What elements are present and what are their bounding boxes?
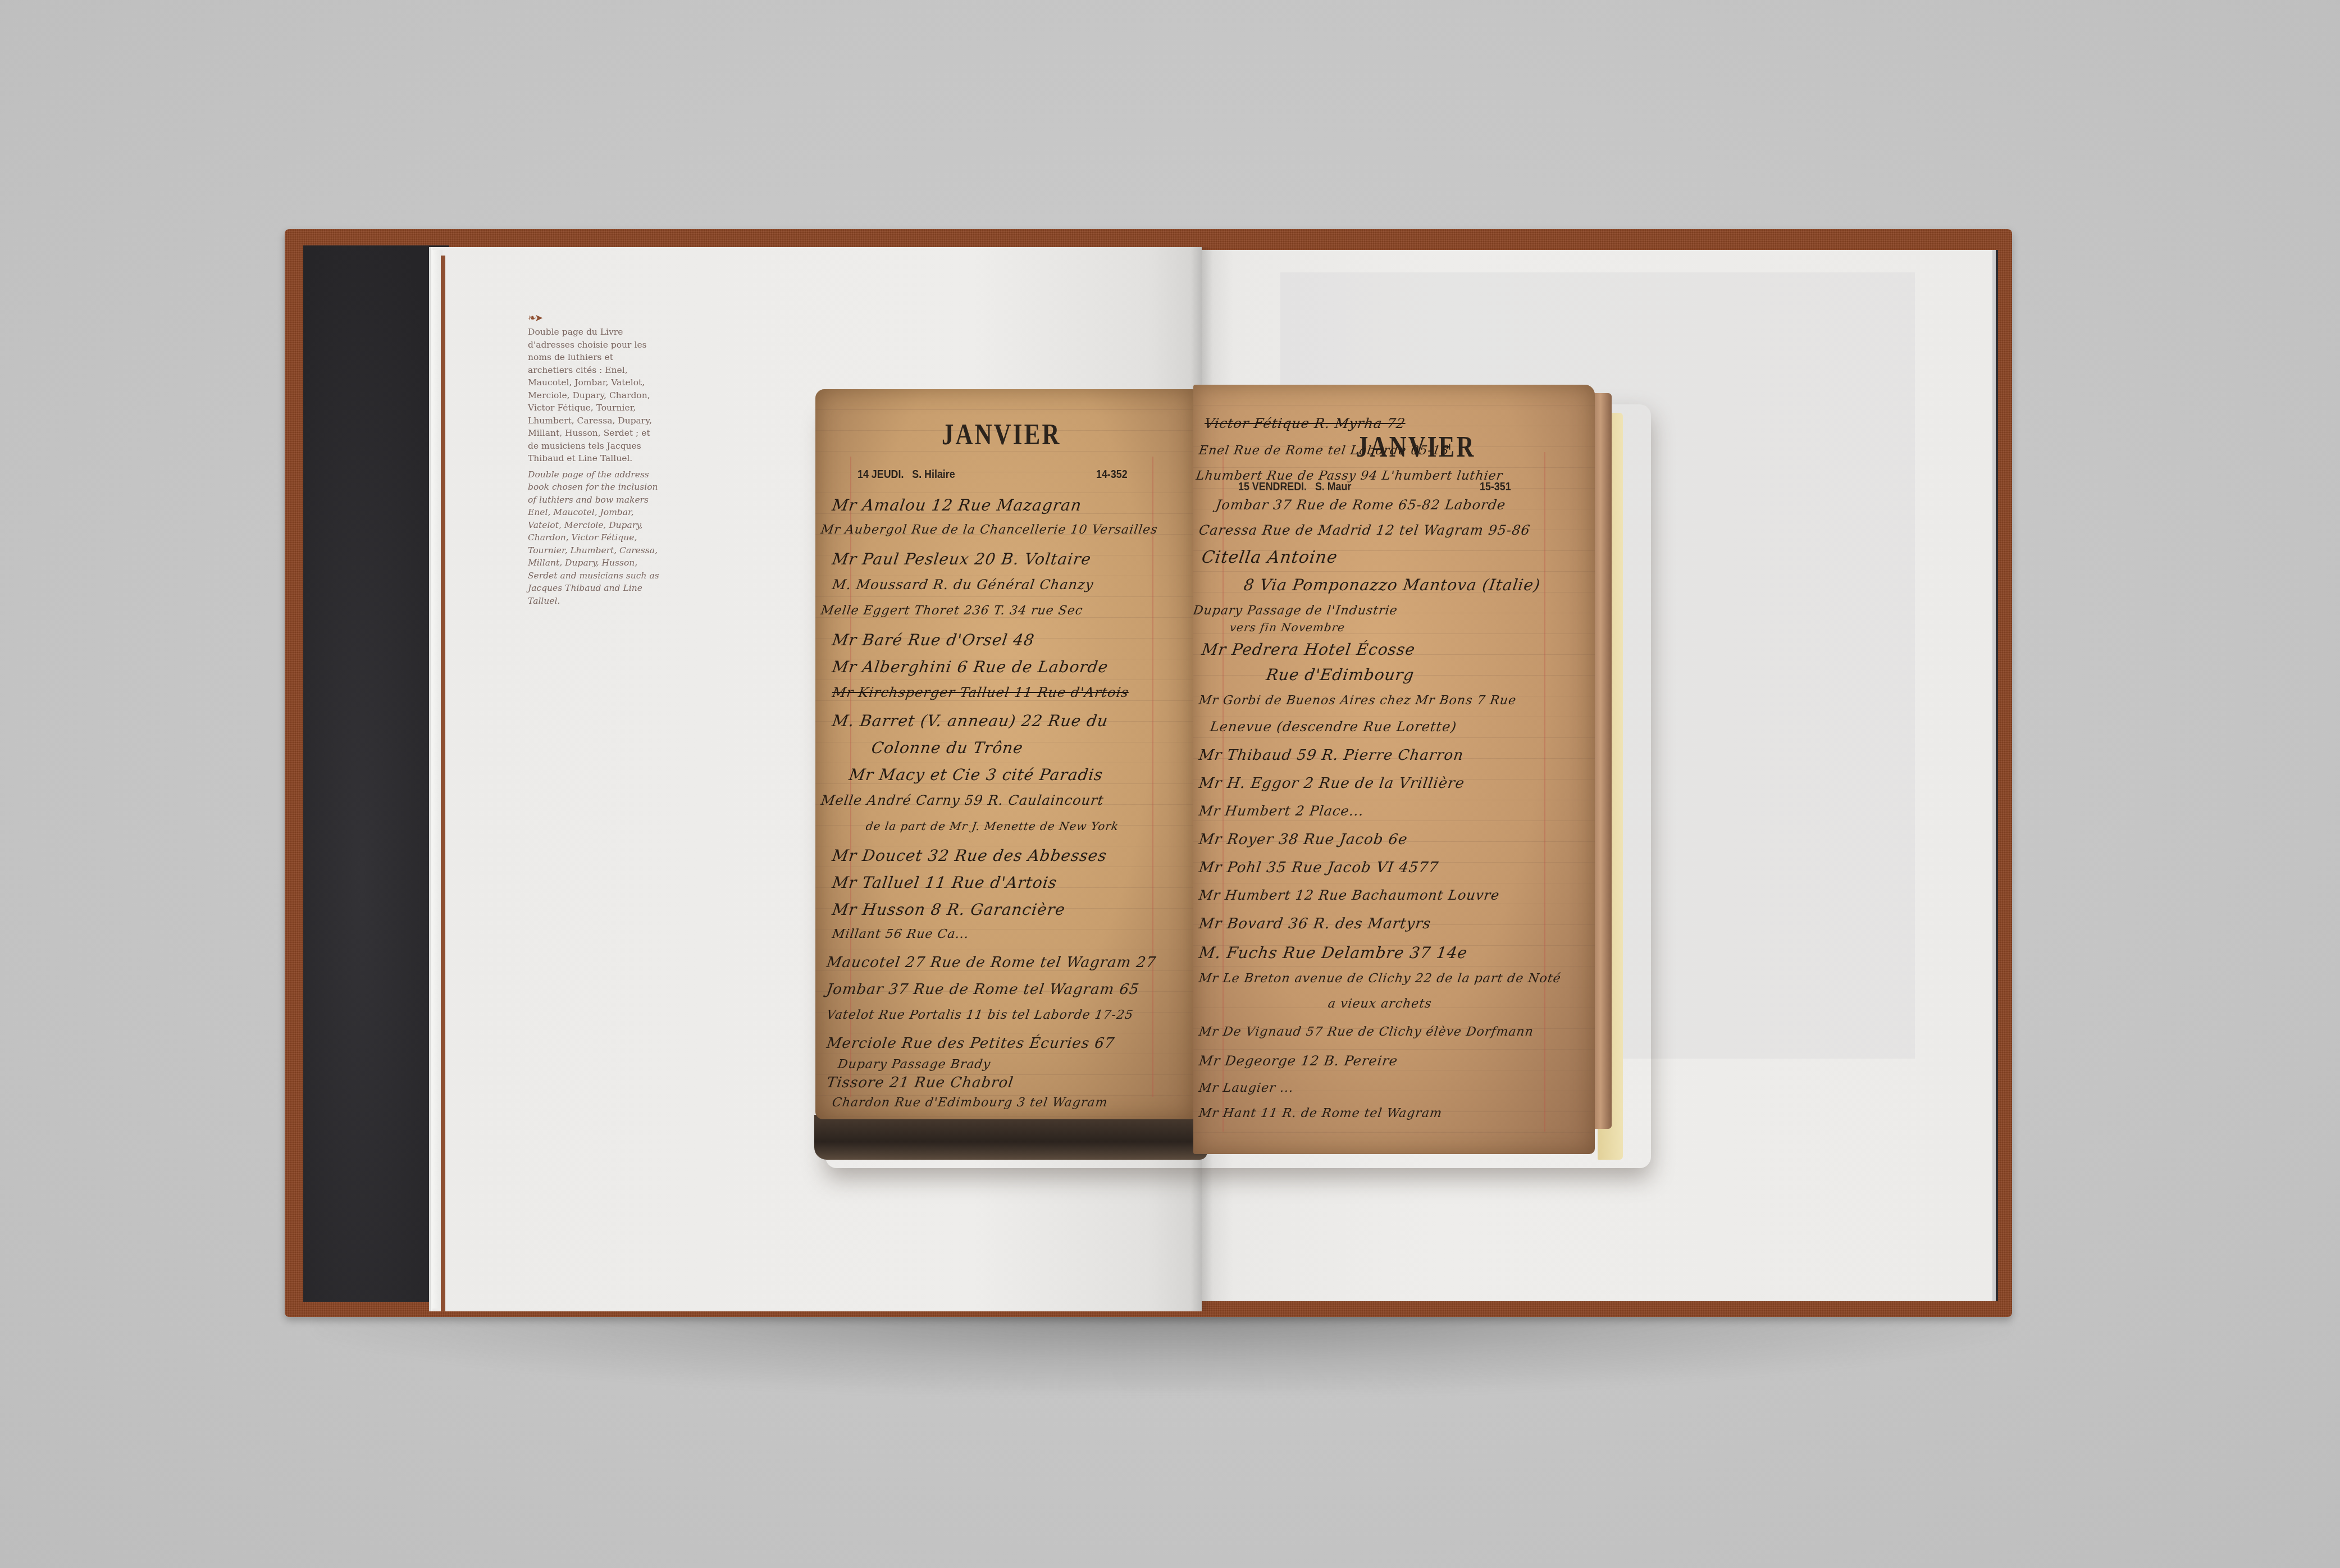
entry: Mr Humbert 12 Rue Bachaumont Louvre	[1198, 887, 1595, 903]
address-book-right-page: JANVIER 15 VENDREDI. S. Maur 15-351 Vict…	[1193, 385, 1595, 1154]
entry: Mr Doucet 32 Rue des Abbesses	[831, 846, 1194, 865]
entry: Mr Thibaud 59 R. Pierre Charron	[1198, 747, 1595, 764]
caption: ❧➤ Double page du Livre d'adresses chois…	[528, 313, 660, 607]
entry: Melle Eggert Thoret 236 T. 34 rue Sec	[820, 604, 1194, 618]
entry: Vatelot Rue Portalis 11 bis tel Laborde …	[825, 1008, 1194, 1022]
entry: Mr Kirchsperger Talluel 11 Rue d'Artois	[831, 685, 1194, 700]
black-endpaper	[303, 245, 449, 1302]
entry: Mr Pohl 35 Rue Jacob VI 4577	[1198, 859, 1595, 876]
entry: Mr Humbert 2 Place...	[1198, 803, 1595, 819]
entry: Mr Alberghini 6 Rue de Laborde	[831, 658, 1194, 676]
caption-french: Double page du Livre d'adresses choisie …	[528, 326, 660, 465]
caption-ornament-icon: ❧➤	[528, 313, 660, 323]
entry: Mr Hant 11 R. de Rome tel Wagram	[1198, 1106, 1595, 1120]
entry: Mr H. Eggor 2 Rue de la Vrillière	[1198, 775, 1595, 792]
entry: Mr Royer 38 Rue Jacob 6e	[1198, 831, 1595, 848]
book-shadow	[314, 1309, 2010, 1393]
entry: Dupary Passage Brady	[837, 1058, 1194, 1072]
entry: Mr Husson 8 R. Garancière	[831, 900, 1194, 919]
entry: Mr Laugier ...	[1198, 1081, 1595, 1095]
entry: Mr Talluel 11 Rue d'Artois	[831, 873, 1194, 892]
entry: Mr Baré Rue d'Orsel 48	[831, 631, 1194, 649]
entry: Rue d'Edimbourg	[1265, 666, 1595, 684]
entry: Chardon Rue d'Edimbourg 3 tel Wagram	[831, 1096, 1194, 1110]
entry: Mr Degeorge 12 B. Pereire	[1198, 1053, 1595, 1069]
entry: Mr Bovard 36 R. des Martyrs	[1198, 915, 1595, 932]
entry: Melle André Carny 59 R. Caulaincourt	[820, 792, 1194, 808]
entry: Victor Fétique R. Myrha 72	[1203, 416, 1595, 431]
address-book-base	[814, 1115, 1207, 1160]
entry: Lhumbert Rue de Passy 94 L'humbert luthi…	[1195, 469, 1595, 483]
entry: de la part de Mr J. Menette de New York	[865, 819, 1194, 833]
entry: Enel Rue de Rome tel Laborde 05-18	[1198, 444, 1595, 458]
entry: M. Moussard R. du Général Chanzy	[831, 577, 1194, 592]
entry: Dupary Passage de l'Industrie	[1193, 604, 1595, 618]
entry: Mr Paul Pesleux 20 B. Voltaire	[831, 550, 1194, 568]
entry: Jombar 37 Rue de Rome tel Wagram 65	[825, 981, 1194, 998]
day-line: 14 JEUDI. S. Hilaire	[857, 468, 955, 481]
entry: 8 Via Pomponazzo Mantova (Italie)	[1243, 576, 1595, 594]
entry: Mr Pedrera Hotel Écosse	[1201, 640, 1595, 659]
entry: Jombar 37 Rue de Rome 65-82 Laborde	[1215, 497, 1595, 513]
entry: Lenevue (descendre Rue Lorette)	[1209, 719, 1595, 735]
weekday: JEUDI.	[872, 468, 904, 481]
brown-page-rule	[441, 256, 445, 1311]
entry: Mr Aubergol Rue de la Chancellerie 10 Ve…	[820, 523, 1194, 537]
month-heading: JANVIER	[942, 418, 1061, 452]
caption-english: Double page of the address book chosen f…	[528, 468, 660, 608]
entry: Caressa Rue de Madrid 12 tel Wagram 95-8…	[1198, 522, 1595, 538]
address-book-left-page: JANVIER 14 JEUDI. S. Hilaire 14-352 Mr A…	[815, 389, 1194, 1119]
day-number: 14	[857, 468, 869, 481]
entry: vers fin Novembre	[1229, 621, 1595, 634]
entry: Colonne du Trône	[870, 739, 1194, 757]
entry: M. Fuchs Rue Delambre 37 14e	[1198, 943, 1595, 962]
entry: Citella Antoine	[1201, 548, 1595, 567]
entry: Tissore 21 Rue Chabrol	[825, 1074, 1194, 1091]
entry: Maucotel 27 Rue de Rome tel Wagram 27	[825, 954, 1194, 971]
entry: Mr Gorbi de Buenos Aires chez Mr Bons 7 …	[1198, 694, 1595, 708]
entry: Mr Macy et Cie 3 cité Paradis	[848, 765, 1194, 784]
entry: Merciole Rue des Petites Écuries 67	[825, 1035, 1194, 1052]
day-code: 14-352	[1096, 468, 1128, 481]
entry: M. Barret (V. anneau) 22 Rue du	[831, 712, 1194, 730]
entry: Millant 56 Rue Ca...	[831, 927, 1194, 941]
saint: S. Hilaire	[912, 468, 955, 481]
entry: Mr Le Breton avenue de Clichy 22 de la p…	[1198, 972, 1595, 986]
entry: Mr Amalou 12 Rue Mazagran	[831, 496, 1194, 514]
entry: Mr De Vignaud 57 Rue de Clichy élève Dor…	[1198, 1025, 1595, 1039]
entry: a vieux archets	[1327, 997, 1595, 1011]
